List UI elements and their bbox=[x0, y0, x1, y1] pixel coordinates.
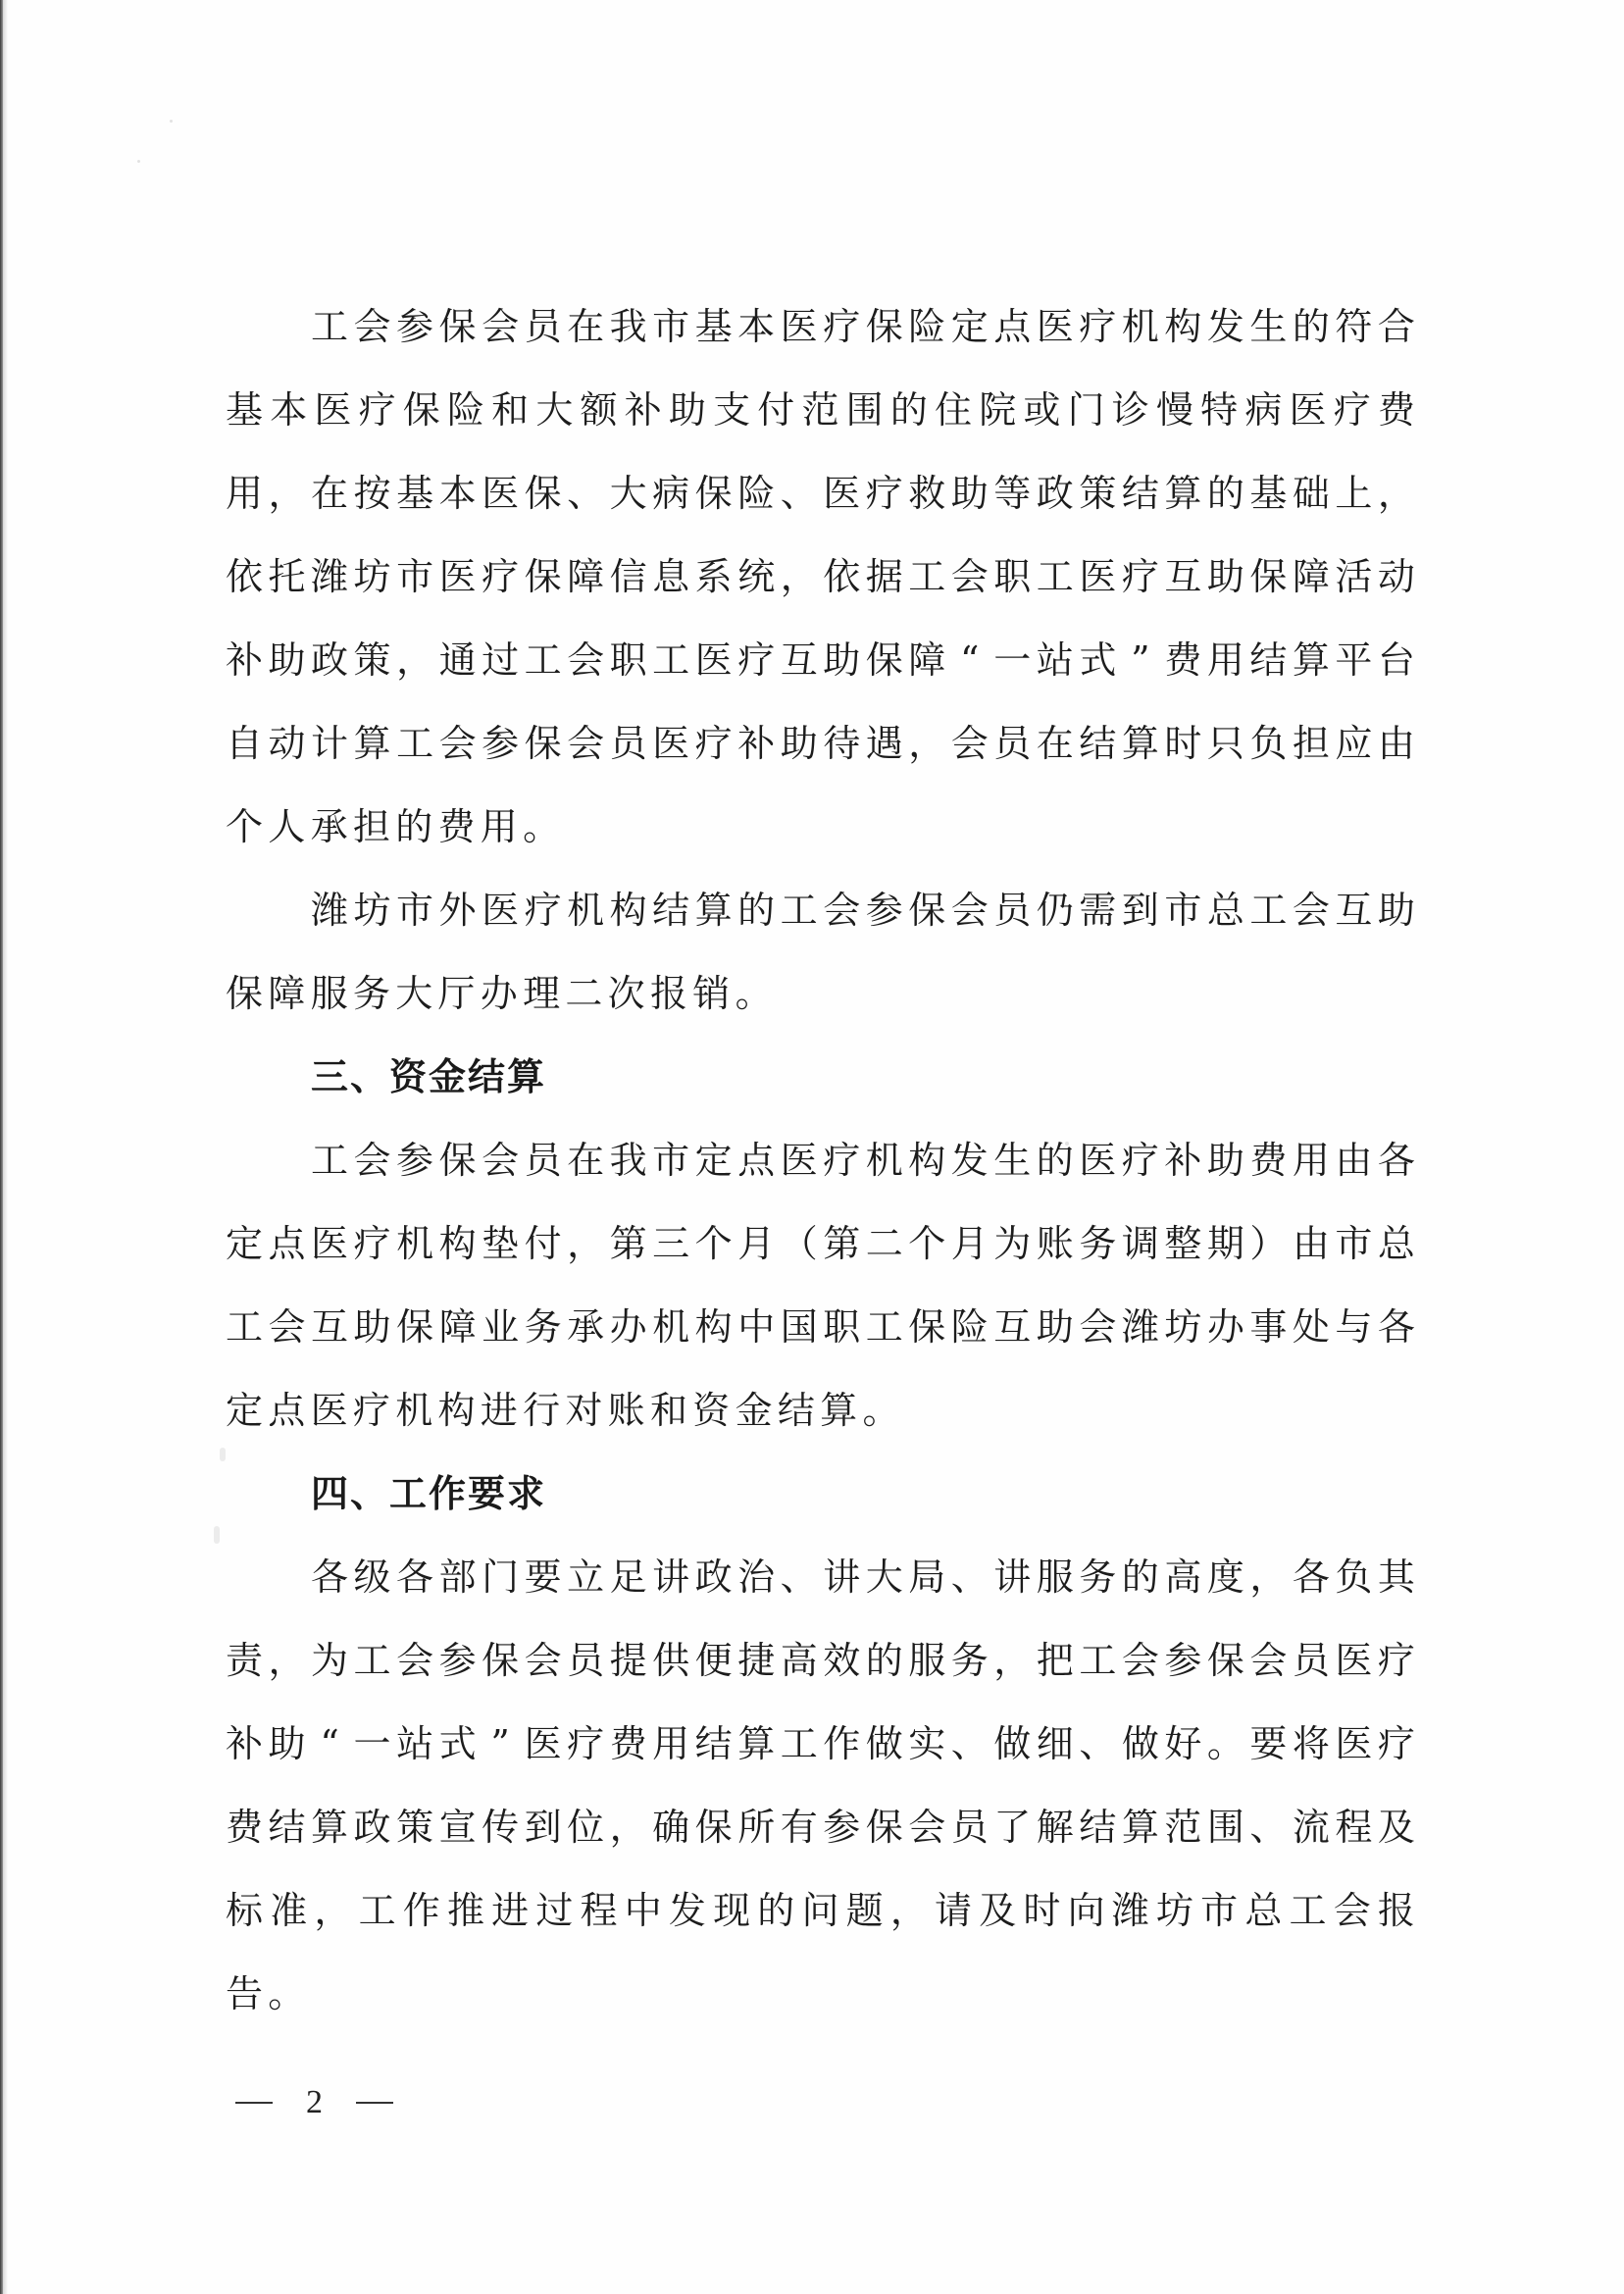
text-char: 障 bbox=[439, 1298, 477, 1356]
text-char: 工 bbox=[354, 1631, 391, 1690]
text-char: ” bbox=[482, 1714, 519, 1773]
text-char: ， bbox=[890, 1881, 928, 1940]
text-char: 务 bbox=[951, 1631, 989, 1690]
text-char: 二 bbox=[565, 964, 602, 1023]
text-char: 作 bbox=[823, 1714, 860, 1773]
text-char: 账 bbox=[1037, 1214, 1074, 1273]
text-char: 要 bbox=[525, 1548, 562, 1606]
text-char: 用 bbox=[1207, 631, 1244, 689]
text-char: 点 bbox=[993, 297, 1031, 356]
text-char: 工 bbox=[1037, 547, 1074, 606]
text-char: 总 bbox=[1244, 1881, 1282, 1940]
text-char: 信 bbox=[610, 547, 647, 606]
text-char: 疗 bbox=[354, 1214, 391, 1273]
text-char: 按 bbox=[354, 464, 391, 523]
text-char: 报 bbox=[1378, 1881, 1415, 1940]
text-char: 现 bbox=[713, 1881, 750, 1940]
text-char: 担 bbox=[1293, 714, 1330, 773]
text-char: 病 bbox=[652, 464, 689, 523]
text-char: 生 bbox=[993, 1131, 1031, 1190]
text-char: 的 bbox=[757, 1881, 794, 1940]
text-char: 为 bbox=[993, 1214, 1031, 1273]
text-char: 会 bbox=[525, 1631, 562, 1690]
text-char: 参 bbox=[396, 1131, 433, 1190]
text-char: 基 bbox=[1249, 464, 1287, 523]
text-char: 要 bbox=[1249, 1714, 1287, 1773]
text-char: 疗 bbox=[823, 297, 860, 356]
text-char: 潍 bbox=[311, 881, 348, 940]
text-char: 次 bbox=[608, 964, 645, 1023]
text-char: 时 bbox=[1023, 1881, 1060, 1940]
text-char: 站 bbox=[1037, 631, 1074, 689]
text-char: 构 bbox=[610, 881, 647, 940]
text-char: 员 bbox=[525, 1131, 562, 1190]
text-char: 诊 bbox=[1112, 381, 1149, 439]
text-char: 费 bbox=[1164, 631, 1201, 689]
text-char: 传 bbox=[482, 1798, 519, 1857]
text-char: 补 bbox=[737, 714, 775, 773]
document-page: 工会参保会员在我市基本医疗保险定点医疗机构发生的符合 基本医疗保险和大额补助支付… bbox=[0, 0, 1624, 2294]
text-char: 互 bbox=[1164, 547, 1201, 606]
text-char: 遇 bbox=[866, 714, 903, 773]
text-char: 策 bbox=[396, 1798, 433, 1857]
text-char: 进 bbox=[491, 1881, 529, 1940]
text-char: 务 bbox=[353, 964, 390, 1023]
text-char: 本 bbox=[270, 381, 307, 439]
text-char: 一 bbox=[354, 1714, 391, 1773]
text-char: 第 bbox=[823, 1214, 860, 1273]
text-char: 合 bbox=[1378, 297, 1415, 356]
text-char: 付 bbox=[757, 381, 794, 439]
text-char: 办 bbox=[1207, 1298, 1244, 1356]
text-char: 疗 bbox=[823, 1131, 860, 1190]
text-char: 问 bbox=[801, 1881, 838, 1940]
text-char: 处 bbox=[1293, 1298, 1330, 1356]
text-char: 定 bbox=[226, 1214, 263, 1273]
text-char: 障 bbox=[567, 547, 604, 606]
text-char: 员 bbox=[951, 1798, 989, 1857]
text-char: 大 bbox=[535, 381, 573, 439]
text-char: 的 bbox=[1293, 297, 1330, 356]
text-char: 期 bbox=[1207, 1214, 1244, 1273]
text-char: ， bbox=[1378, 464, 1415, 523]
text-char: ， bbox=[269, 464, 306, 523]
text-char: 助 bbox=[669, 381, 706, 439]
scan-speck bbox=[137, 160, 140, 163]
text-char: 会 bbox=[354, 1131, 391, 1190]
text-char: 调 bbox=[1122, 1214, 1159, 1273]
text-char: 保 bbox=[226, 964, 263, 1023]
text-char: 立 bbox=[567, 1548, 604, 1606]
text-char: 点 bbox=[737, 1131, 775, 1190]
text-char: 医 bbox=[781, 297, 818, 356]
text-char: 慢 bbox=[1156, 381, 1193, 439]
text-char: 构 bbox=[908, 1131, 945, 1190]
text-char: 位 bbox=[567, 1798, 604, 1857]
text-char: 只 bbox=[1207, 714, 1244, 773]
text-char: 助 bbox=[1037, 1298, 1074, 1356]
text-char: 保 bbox=[439, 1131, 477, 1190]
text-char: 医 bbox=[1079, 1131, 1116, 1190]
text-char: 向 bbox=[1068, 1881, 1105, 1940]
text-char: 发 bbox=[1207, 297, 1244, 356]
text-char: 务 bbox=[1079, 1214, 1116, 1273]
text-char: 算 bbox=[695, 881, 733, 940]
text-char: 金 bbox=[736, 1381, 773, 1440]
text-char: 会 bbox=[1293, 881, 1330, 940]
text-char: 做 bbox=[993, 1714, 1031, 1773]
text-char: 市 bbox=[396, 881, 433, 940]
text-char: 医 bbox=[823, 464, 860, 523]
paragraph-1-line-1: 工会参保会员在我市基本医疗保险定点医疗机构发生的符合 bbox=[311, 297, 1415, 356]
text-char: 所 bbox=[737, 1798, 775, 1857]
text-char: 障 bbox=[268, 964, 305, 1023]
text-char: 流 bbox=[1293, 1798, 1330, 1857]
text-char: 上 bbox=[1335, 464, 1372, 523]
scan-speck bbox=[1065, 1142, 1069, 1146]
text-char: 账 bbox=[608, 1381, 645, 1440]
text-char: 助 bbox=[1207, 1131, 1244, 1190]
text-char: 捷 bbox=[737, 1631, 775, 1690]
text-char: 范 bbox=[1164, 1798, 1201, 1857]
text-char: 疗 bbox=[1334, 381, 1371, 439]
text-char: 医 bbox=[439, 547, 477, 606]
text-char: 机 bbox=[1122, 297, 1159, 356]
text-char: 互 bbox=[993, 1298, 1031, 1356]
text-char: 把 bbox=[1037, 1631, 1074, 1690]
text-char: 承 bbox=[311, 797, 348, 856]
text-char: 部 bbox=[439, 1548, 477, 1606]
text-char: 障 bbox=[1293, 547, 1330, 606]
text-char: 费 bbox=[610, 1714, 647, 1773]
text-char: 参 bbox=[482, 714, 519, 773]
text-char: 程 bbox=[1335, 1798, 1372, 1857]
text-char: 会 bbox=[1122, 1631, 1159, 1690]
text-char: 确 bbox=[652, 1798, 689, 1857]
page-number-right-dash bbox=[356, 2102, 393, 2104]
text-char: 在 bbox=[1037, 714, 1074, 773]
text-char: 市 bbox=[1200, 1881, 1238, 1940]
text-char: 国 bbox=[781, 1298, 818, 1356]
text-char: 保 bbox=[482, 1631, 519, 1690]
text-char: 标 bbox=[226, 1881, 263, 1940]
text-char: ， bbox=[269, 1631, 306, 1690]
text-char: 保 bbox=[403, 381, 440, 439]
text-char: 销 bbox=[692, 964, 730, 1023]
text-char: 治 bbox=[737, 1548, 775, 1606]
text-char: 助 bbox=[354, 1298, 391, 1356]
text-char: 工 bbox=[781, 1714, 818, 1773]
text-char: 疗 bbox=[567, 1714, 604, 1773]
text-char: 保 bbox=[525, 714, 562, 773]
paragraph-4-line-3: 补助“一站式”医疗费用结算工作做实、做细、做好。要将医疗 bbox=[226, 1714, 1415, 1773]
paragraph-4-line-4: 费结算政策宣传到位，确保所有参保会员了解结算范围、流程及 bbox=[226, 1798, 1415, 1857]
text-char: 员 bbox=[993, 714, 1031, 773]
text-char: 总 bbox=[1207, 881, 1244, 940]
text-char: 支 bbox=[713, 381, 750, 439]
text-char: 用 bbox=[481, 797, 518, 856]
text-char: 员 bbox=[525, 297, 562, 356]
text-char: 职 bbox=[993, 547, 1031, 606]
text-char: 互 bbox=[781, 631, 818, 689]
text-char: 大 bbox=[610, 464, 647, 523]
text-char: 助 bbox=[269, 631, 306, 689]
text-char: 助 bbox=[823, 631, 860, 689]
text-char: 疗 bbox=[1122, 547, 1159, 606]
text-char: 由 bbox=[1378, 714, 1415, 773]
text-char: 本 bbox=[737, 297, 775, 356]
text-char: 保 bbox=[908, 1298, 945, 1356]
text-char: 进 bbox=[481, 1381, 518, 1440]
text-char: 发 bbox=[669, 1881, 706, 1940]
text-char: 互 bbox=[1335, 881, 1372, 940]
text-char: 保 bbox=[1207, 1631, 1244, 1690]
text-char: 垫 bbox=[482, 1214, 519, 1273]
text-char: 便 bbox=[695, 1631, 733, 1690]
text-char: 各 bbox=[1378, 1298, 1415, 1356]
text-char: 个 bbox=[695, 1214, 733, 1273]
text-char: 解 bbox=[1037, 1798, 1074, 1857]
text-char: 系 bbox=[695, 547, 733, 606]
text-char: 息 bbox=[652, 547, 689, 606]
paragraph-4-line-6: 告。 bbox=[226, 1964, 1415, 2023]
text-char: 范 bbox=[801, 381, 838, 439]
text-char: 助 bbox=[1207, 547, 1244, 606]
text-char: 宣 bbox=[439, 1798, 477, 1857]
text-char: 工 bbox=[781, 881, 818, 940]
text-char: 定 bbox=[695, 1131, 733, 1190]
text-char: 工 bbox=[359, 1881, 396, 1940]
text-char: 自 bbox=[226, 714, 263, 773]
text-char: 办 bbox=[481, 964, 518, 1023]
text-char: 员 bbox=[610, 714, 647, 773]
text-char: 了 bbox=[993, 1798, 1031, 1857]
text-char: 付 bbox=[525, 1214, 562, 1273]
text-char: 助 bbox=[781, 714, 818, 773]
text-char: 讲 bbox=[993, 1548, 1031, 1606]
text-char: 务 bbox=[1079, 1548, 1116, 1606]
text-char: 二 bbox=[866, 1214, 903, 1273]
text-char: 政 bbox=[1037, 464, 1074, 523]
text-char: 围 bbox=[1207, 1798, 1244, 1857]
text-char: 足 bbox=[610, 1548, 647, 1606]
text-char: 负 bbox=[1335, 1548, 1372, 1606]
text-char: 职 bbox=[823, 1298, 860, 1356]
text-char: 的 bbox=[395, 797, 432, 856]
text-char: ， bbox=[314, 1881, 351, 1940]
text-char: 工 bbox=[1079, 1631, 1116, 1690]
text-char: 结 bbox=[1122, 464, 1159, 523]
text-char: 外 bbox=[439, 881, 477, 940]
text-char: 机 bbox=[866, 1131, 903, 1190]
text-char: 的 bbox=[1037, 1131, 1074, 1190]
text-char: 坊 bbox=[354, 881, 391, 940]
text-char: ） bbox=[1249, 1214, 1287, 1273]
text-char: 工 bbox=[525, 631, 562, 689]
text-char: 务 bbox=[525, 1298, 562, 1356]
text-char: 机 bbox=[567, 881, 604, 940]
paragraph-1-line-2: 基本医疗保险和大额补助支付范围的住院或门诊慢特病医疗费 bbox=[226, 381, 1415, 439]
text-char: 机 bbox=[652, 1298, 689, 1356]
text-char: 会 bbox=[908, 1798, 945, 1857]
text-char: 、 bbox=[567, 464, 604, 523]
text-char: 工 bbox=[311, 1131, 348, 1190]
text-char: 我 bbox=[610, 1131, 647, 1190]
text-char: 构 bbox=[437, 1381, 475, 1440]
text-char: 局 bbox=[908, 1548, 945, 1606]
text-char: 会 bbox=[439, 714, 477, 773]
text-char: 医 bbox=[1335, 1631, 1372, 1690]
text-char: 本 bbox=[439, 464, 477, 523]
text-char: 和 bbox=[650, 1381, 687, 1440]
text-char: 讲 bbox=[652, 1548, 689, 1606]
text-char: 到 bbox=[525, 1798, 562, 1857]
scan-speck bbox=[170, 120, 173, 123]
text-char: ” bbox=[1122, 631, 1159, 689]
text-char: 参 bbox=[1164, 1631, 1201, 1690]
text-char: 构 bbox=[439, 1214, 477, 1273]
text-char: 补 bbox=[625, 381, 662, 439]
text-char: ， bbox=[993, 1631, 1031, 1690]
text-char: 基 bbox=[396, 464, 433, 523]
text-char: 费 bbox=[1249, 1131, 1287, 1190]
text-char: 职 bbox=[610, 631, 647, 689]
text-char: 保 bbox=[525, 547, 562, 606]
paragraph-1-line-6: 自动计算工会参保会员医疗补助待遇，会员在结算时只负担应由 bbox=[226, 714, 1415, 773]
paragraph-3-line-4: 定点医疗机构进行对账和资金结算。 bbox=[226, 1381, 1415, 1440]
text-char: 各 bbox=[396, 1548, 433, 1606]
text-char: 助 bbox=[951, 464, 989, 523]
text-char: 、 bbox=[781, 464, 818, 523]
text-char: ， bbox=[396, 631, 433, 689]
text-char: 结 bbox=[652, 881, 689, 940]
text-char: 台 bbox=[1378, 631, 1415, 689]
text-char: 高 bbox=[1164, 1548, 1201, 1606]
text-char: 、 bbox=[951, 1548, 989, 1606]
text-char: 大 bbox=[395, 964, 432, 1023]
text-char: 题 bbox=[846, 1881, 884, 1940]
text-char: 服 bbox=[311, 964, 348, 1023]
text-char: 参 bbox=[396, 297, 433, 356]
text-char: 、 bbox=[1079, 1714, 1116, 1773]
text-char: 做 bbox=[866, 1714, 903, 1773]
text-char: 告 bbox=[226, 1964, 263, 2023]
text-char: 提 bbox=[610, 1631, 647, 1690]
text-char: 院 bbox=[979, 381, 1016, 439]
text-char: 我 bbox=[610, 297, 647, 356]
text-char: 员 bbox=[567, 1631, 604, 1690]
text-char: 、 bbox=[1249, 1798, 1287, 1857]
text-char: 作 bbox=[403, 1881, 440, 1940]
text-char: 承 bbox=[567, 1298, 604, 1356]
text-char: 参 bbox=[823, 1798, 860, 1857]
text-char: 计 bbox=[311, 714, 348, 773]
text-char: 。 bbox=[523, 797, 560, 856]
text-char: 医 bbox=[1290, 381, 1327, 439]
text-char: 责 bbox=[226, 1631, 263, 1690]
text-char: 算 bbox=[1122, 1798, 1159, 1857]
text-char: 费 bbox=[226, 1798, 263, 1857]
text-char: 会 bbox=[1249, 1631, 1287, 1690]
text-char: ， bbox=[908, 714, 945, 773]
text-char: 第 bbox=[610, 1214, 647, 1273]
text-char: 个 bbox=[908, 1214, 945, 1273]
text-char: 准 bbox=[270, 1881, 307, 1940]
text-char: 事 bbox=[1249, 1298, 1287, 1356]
text-char: 参 bbox=[866, 881, 903, 940]
text-char: 保 bbox=[866, 1798, 903, 1857]
text-char: 其 bbox=[1378, 1548, 1415, 1606]
text-char: 及 bbox=[979, 1881, 1016, 1940]
scan-speck bbox=[220, 1448, 226, 1461]
text-char: 工 bbox=[908, 547, 945, 606]
text-char: 救 bbox=[908, 464, 945, 523]
text-char: 动 bbox=[269, 714, 306, 773]
text-char: 门 bbox=[482, 1548, 519, 1606]
text-char: 医 bbox=[1079, 547, 1116, 606]
paragraph-4-line-1: 各级各部门要立足讲政治、讲大局、讲服务的高度，各负其 bbox=[311, 1548, 1415, 1606]
section-heading-work-requirements: 四、工作要求 bbox=[311, 1464, 546, 1523]
text-char: 度 bbox=[1207, 1548, 1244, 1606]
text-char: 会 bbox=[396, 1631, 433, 1690]
text-char: “ bbox=[951, 631, 989, 689]
paragraph-1-line-3: 用，在按基本医保、大病保险、医疗救助等政策结算的基础上， bbox=[226, 464, 1415, 523]
text-char: 会 bbox=[951, 881, 989, 940]
text-char: 的 bbox=[890, 381, 928, 439]
text-char: 理 bbox=[523, 964, 560, 1023]
text-char: 市 bbox=[652, 1131, 689, 1190]
text-char: 结 bbox=[778, 1381, 815, 1440]
text-char: “ bbox=[311, 1714, 348, 1773]
text-char: 结 bbox=[1079, 1798, 1116, 1857]
text-char: 互 bbox=[311, 1298, 348, 1356]
text-char: 会 bbox=[951, 714, 989, 773]
text-char: 请 bbox=[935, 1881, 972, 1940]
text-char: 围 bbox=[846, 381, 884, 439]
text-char: 算 bbox=[1164, 464, 1201, 523]
text-char: 点 bbox=[268, 1381, 305, 1440]
text-char: 个 bbox=[226, 797, 263, 856]
text-char: 整 bbox=[1164, 1214, 1201, 1273]
text-char: 疗 bbox=[737, 631, 775, 689]
text-char: 或 bbox=[1023, 381, 1060, 439]
text-char: 用 bbox=[1293, 1131, 1330, 1190]
text-char: 的 bbox=[866, 1631, 903, 1690]
text-char: 供 bbox=[652, 1631, 689, 1690]
text-char: 会 bbox=[1079, 1298, 1116, 1356]
text-char: 平 bbox=[1335, 631, 1372, 689]
text-char: 依 bbox=[823, 547, 860, 606]
text-char: 算 bbox=[1293, 631, 1330, 689]
text-char: 实 bbox=[908, 1714, 945, 1773]
text-char: 由 bbox=[1293, 1214, 1330, 1273]
text-char: 工 bbox=[1249, 881, 1287, 940]
text-char: 策 bbox=[1079, 464, 1116, 523]
text-char: 医 bbox=[311, 1381, 348, 1440]
text-char: 障 bbox=[908, 631, 945, 689]
text-char: 由 bbox=[1335, 1131, 1372, 1190]
text-char: 坊 bbox=[1156, 1881, 1193, 1940]
text-char: 定 bbox=[951, 297, 989, 356]
text-char: 疗 bbox=[1079, 297, 1116, 356]
text-char: 服 bbox=[908, 1631, 945, 1690]
text-char: 政 bbox=[354, 1798, 391, 1857]
text-char: 各 bbox=[1293, 1548, 1330, 1606]
text-char: 疗 bbox=[1378, 1631, 1415, 1690]
text-char: 结 bbox=[269, 1798, 306, 1857]
text-char: 疗 bbox=[353, 1381, 390, 1440]
text-char: 病 bbox=[1244, 381, 1282, 439]
